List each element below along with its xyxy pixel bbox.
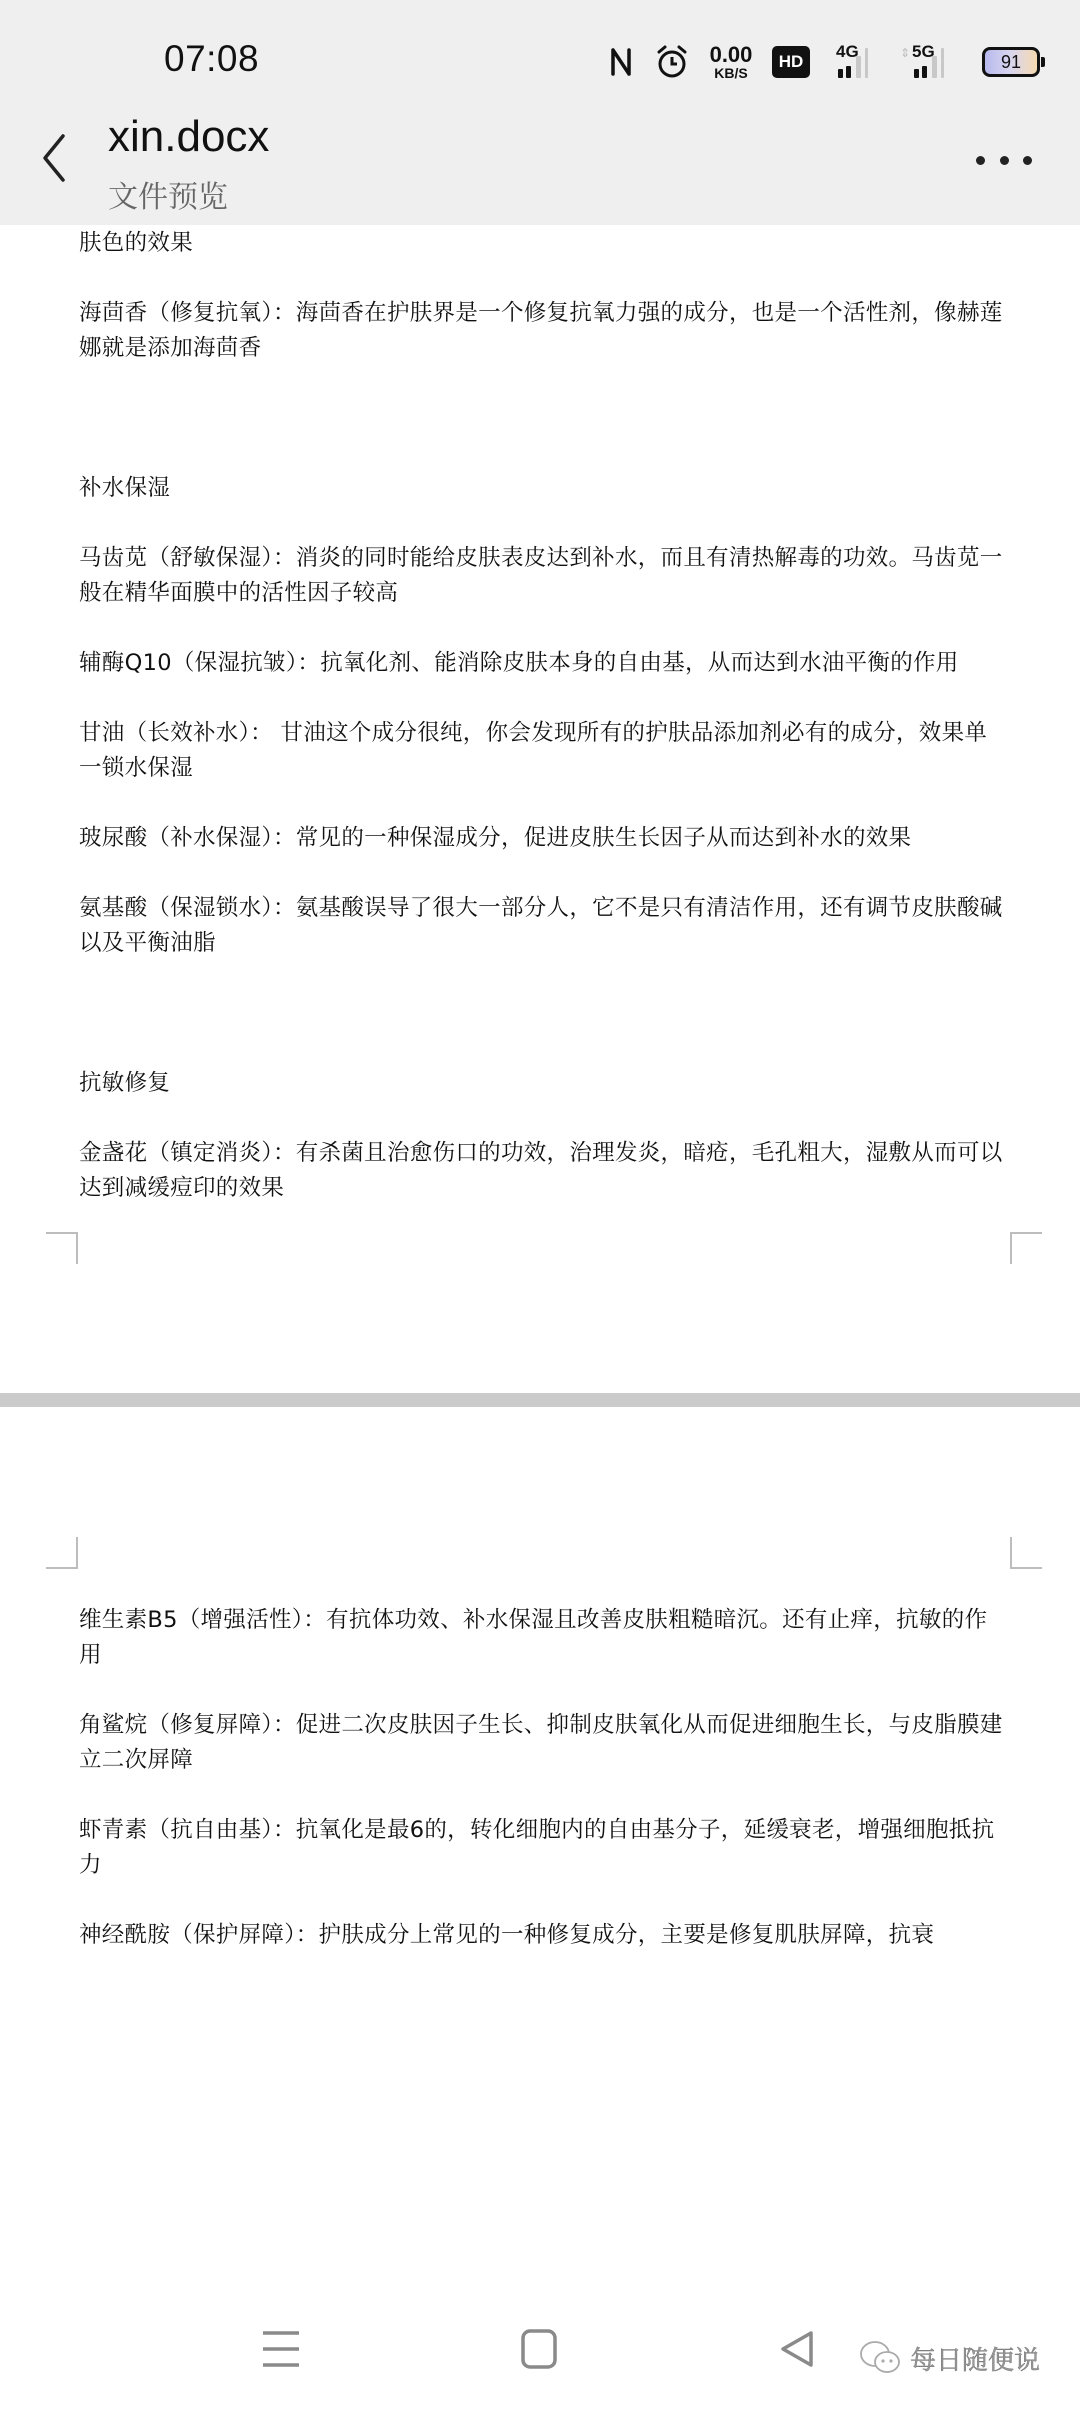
doc-heading: 抗敏修复 — [79, 1066, 1009, 1101]
doc-entry: 角鲨烷（修复屏障）：促进二次皮肤因子生长、抑制皮肤氧化从而促进细胞生长，与皮脂膜… — [79, 1708, 1009, 1778]
doc-entry: 甘油（长效补水）： 甘油这个成分很纯，你会发现所有的护肤品添加剂必有的成分，效果… — [79, 716, 1009, 786]
status-icons: 0.00 KB/S HD 4G ⇕ 5G 91 — [606, 40, 1040, 84]
doc-entry: 马齿苋（舒敏保湿）：消炎的同时能给皮肤表皮达到补水，而且有清热解毒的功效。马齿苋… — [79, 541, 1009, 611]
doc-entry: 金盏花（镇定消炎）：有杀菌且治愈伤口的功效，治理发炎，暗疮，毛孔粗大，湿敷从而可… — [79, 1136, 1009, 1206]
page-break — [0, 1393, 1080, 1407]
menu-icon — [261, 2329, 301, 2369]
page-margin-corner — [1010, 1537, 1042, 1569]
doc-entry: 海茴香（修复抗氧）：海茴香在护肤界是一个修复抗氧力强的成分，也是一个活性剂，像赫… — [79, 296, 1009, 366]
doc-entry: 氨基酸（保湿锁水）：氨基酸误导了很大一部分人，它不是只有清洁作用，还有调节皮肤酸… — [79, 891, 1009, 961]
nfc-icon — [606, 42, 636, 82]
document-title: xin.docx — [108, 112, 269, 162]
network-speed: 0.00 KB/S — [704, 44, 758, 80]
home-button[interactable] — [514, 2322, 564, 2376]
more-options-button[interactable] — [976, 140, 1032, 180]
back-icon — [779, 2329, 815, 2369]
doc-heading: 补水保湿 — [79, 471, 1009, 506]
page-margin-corner — [46, 1537, 78, 1569]
doc-entry: 虾青素（抗自由基）：抗氧化是最6的，转化细胞内的自由基分子，延缓衰老，增强细胞抵… — [79, 1813, 1009, 1883]
more-dot-icon — [976, 156, 985, 165]
more-dot-icon — [1023, 156, 1032, 165]
doc-text: 肤色的效果 — [79, 226, 1009, 261]
doc-entry: 辅酶Q10（保湿抗皱）：抗氧化剂、能消除皮肤本身的自由基，从而达到水油平衡的作用 — [79, 646, 1009, 681]
document-subtitle: 文件预览 — [108, 172, 228, 216]
back-button[interactable] — [30, 128, 78, 188]
recent-apps-button[interactable] — [258, 2324, 304, 2374]
signal-5g-icon: ⇕ 5G — [910, 42, 956, 82]
top-bar: 07:08 0.00 KB/S HD 4G — [0, 0, 1080, 225]
watermark: 每日随便说 — [858, 2338, 1040, 2378]
wechat-icon — [858, 2338, 904, 2378]
back-nav-button[interactable] — [772, 2322, 822, 2376]
watermark-text: 每日随便说 — [910, 2340, 1040, 2377]
doc-entry: 玻尿酸（补水保湿）：常见的一种保湿成分，促进皮肤生长因子从而达到补水的效果 — [79, 821, 1009, 856]
hd-voice-icon: HD — [772, 46, 810, 78]
battery-icon: 91 — [982, 47, 1040, 77]
signal-4g-icon: 4G — [834, 42, 880, 82]
home-icon — [521, 2329, 557, 2369]
chevron-left-icon — [39, 132, 69, 184]
doc-entry: 神经酰胺（保护屏障）：护肤成分上常见的一种修复成分，主要是修复肌肤屏障，抗衰 — [79, 1918, 1009, 1953]
doc-entry: 维生素B5（增强活性）：有抗体功效、补水保湿且改善皮肤粗糙暗沉。还有止痒，抗敏的… — [79, 1603, 1009, 1673]
page-margin-corner — [1010, 1232, 1042, 1264]
page-margin-corner — [46, 1232, 78, 1264]
alarm-icon — [654, 42, 690, 82]
status-time: 07:08 — [164, 38, 259, 80]
more-dot-icon — [1000, 156, 1009, 165]
